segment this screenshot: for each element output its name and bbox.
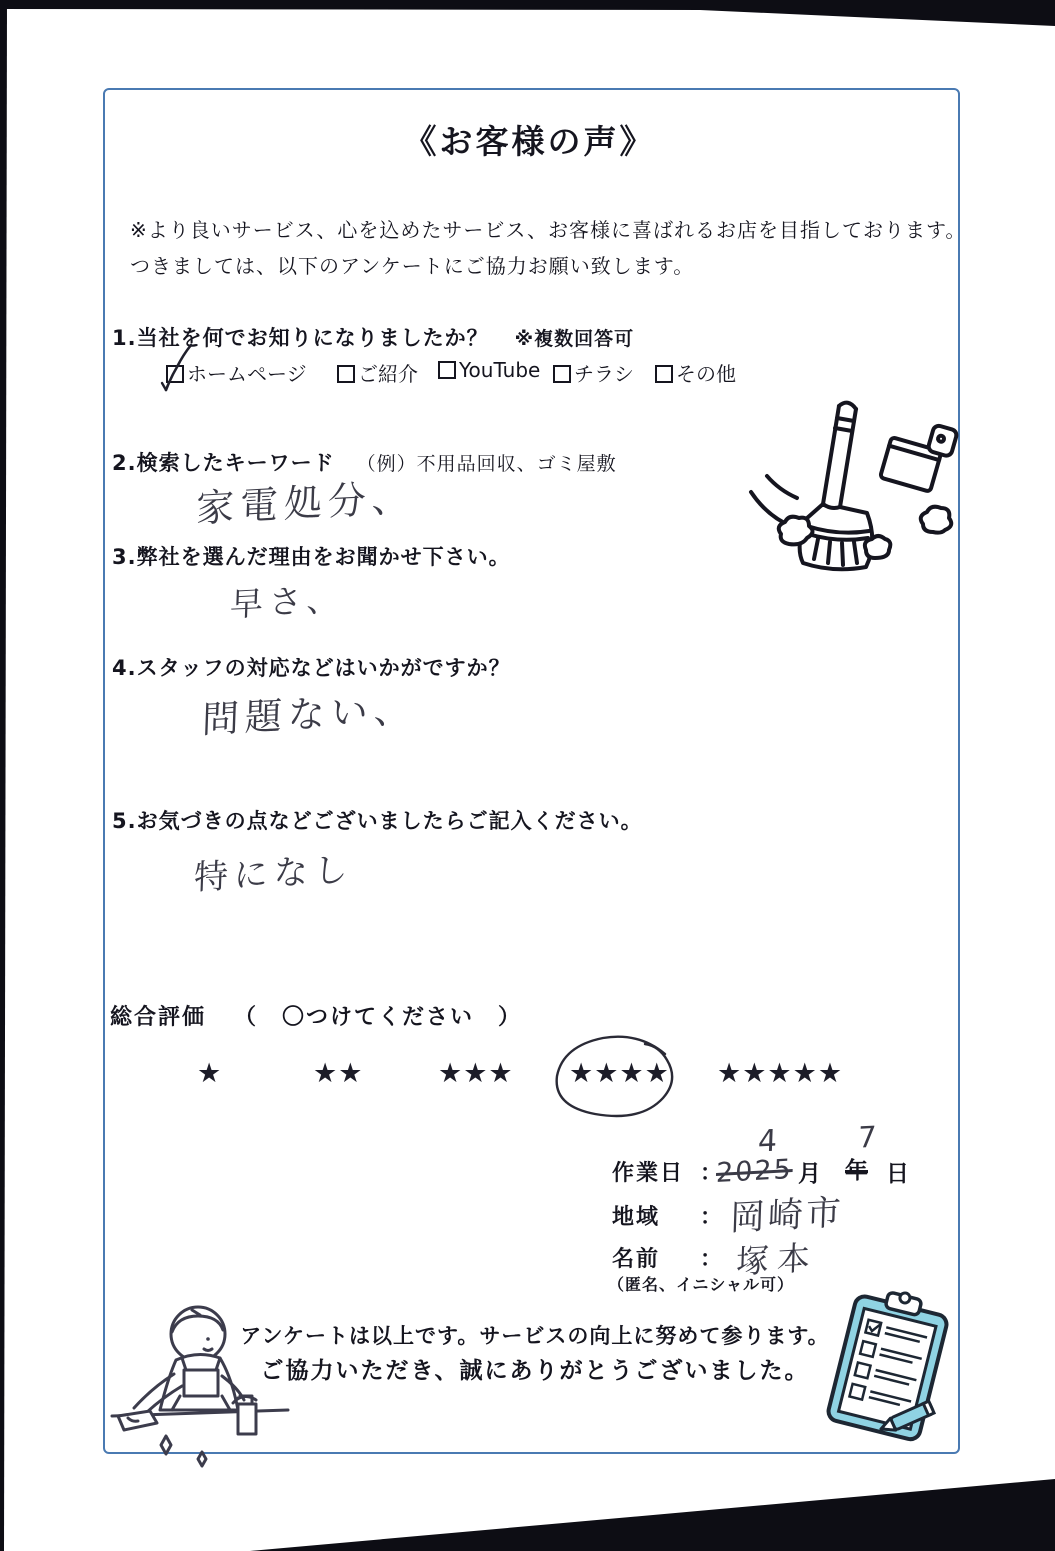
day-unit-label: 日 [886, 1155, 909, 1188]
year-unit-struck: 年 [845, 1152, 868, 1185]
handwritten-answer-q4: 問題ない、 [201, 678, 418, 743]
handwritten-year-struck: 2025 [716, 1154, 794, 1189]
handwritten-month-correction: 4 [757, 1123, 783, 1159]
option-other: その他 [655, 358, 736, 387]
handwritten-answer-q2: 家電処分、 [195, 466, 417, 533]
form-border [103, 88, 960, 1454]
intro-line-1: ※より良いサービス、心を込めたサービス、お客様に喜ばれるお店を目指しております。 [130, 214, 966, 243]
region-label: 地域 [612, 1200, 660, 1231]
page-title: 《お客様の声》 [103, 116, 956, 163]
overall-rating-label: 総合評価（ 〇つけてください ） [110, 1000, 522, 1031]
option-flyer: チラシ [553, 358, 634, 387]
question-1-note: ※複数回答可 [515, 328, 634, 350]
name-colon: ： [700, 1242, 722, 1273]
option-homepage: ホームページ [166, 358, 307, 387]
person-cleaning-illustration-icon [110, 1292, 296, 1488]
checkbox-icon [438, 361, 456, 379]
question-4: 4.スタッフの対応などはいかがですか？ [112, 652, 511, 682]
question-3-label: 3.弊社を選んだ理由をお聞かせ下さい。 [112, 545, 511, 569]
broom-dustpan-illustration-icon [737, 386, 965, 586]
rating-option-5-star: ★★★★★ [717, 1058, 843, 1089]
clipboard-checklist-illustration-icon [812, 1286, 964, 1454]
checkbox-icon [337, 365, 355, 383]
scan-edge-left [0, 0, 10, 1551]
option-referral: ご紹介 [337, 358, 418, 387]
option-youtube: YouTube [438, 358, 540, 382]
checkbox-icon [553, 365, 571, 383]
scan-edge-top [0, 0, 1055, 28]
region-colon: ： [700, 1200, 722, 1231]
month-unit-label: 月 [798, 1155, 821, 1188]
rating-option-2-star: ★★ [313, 1058, 363, 1089]
anonymity-note: （匿名、イニシャル可） [608, 1272, 794, 1295]
intro-line-2: つきましては、以下のアンケートにご協力お願い致します。 [130, 250, 694, 279]
checkbox-icon [655, 365, 673, 383]
name-label: 名前 [612, 1242, 660, 1273]
scanned-survey-page: 《お客様の声》 ※より良いサービス、心を込めたサービス、お客様に喜ばれるお店を目… [0, 0, 1055, 1551]
work-date-label: 作業日 [612, 1156, 684, 1187]
question-5: 5.お気づきの点などございましたらご記入ください。 [112, 805, 643, 835]
question-4-label: 4.スタッフの対応などはいかがですか？ [112, 656, 511, 680]
question-3: 3.弊社を選んだ理由をお聞かせ下さい。 [112, 541, 511, 571]
handwritten-answer-q3: 早さ、 [229, 573, 346, 626]
rating-option-3-star: ★★★ [438, 1058, 514, 1089]
rating-option-1-star: ★ [197, 1058, 222, 1089]
handwritten-day-correction: 7 [857, 1119, 883, 1154]
handwritten-answer-q5: 特になし [193, 842, 354, 900]
question-5-label: 5.お気づきの点などございましたらご記入ください。 [112, 809, 643, 833]
handwritten-selection-circle [547, 1030, 683, 1126]
handwritten-check-mark-icon [158, 340, 198, 396]
